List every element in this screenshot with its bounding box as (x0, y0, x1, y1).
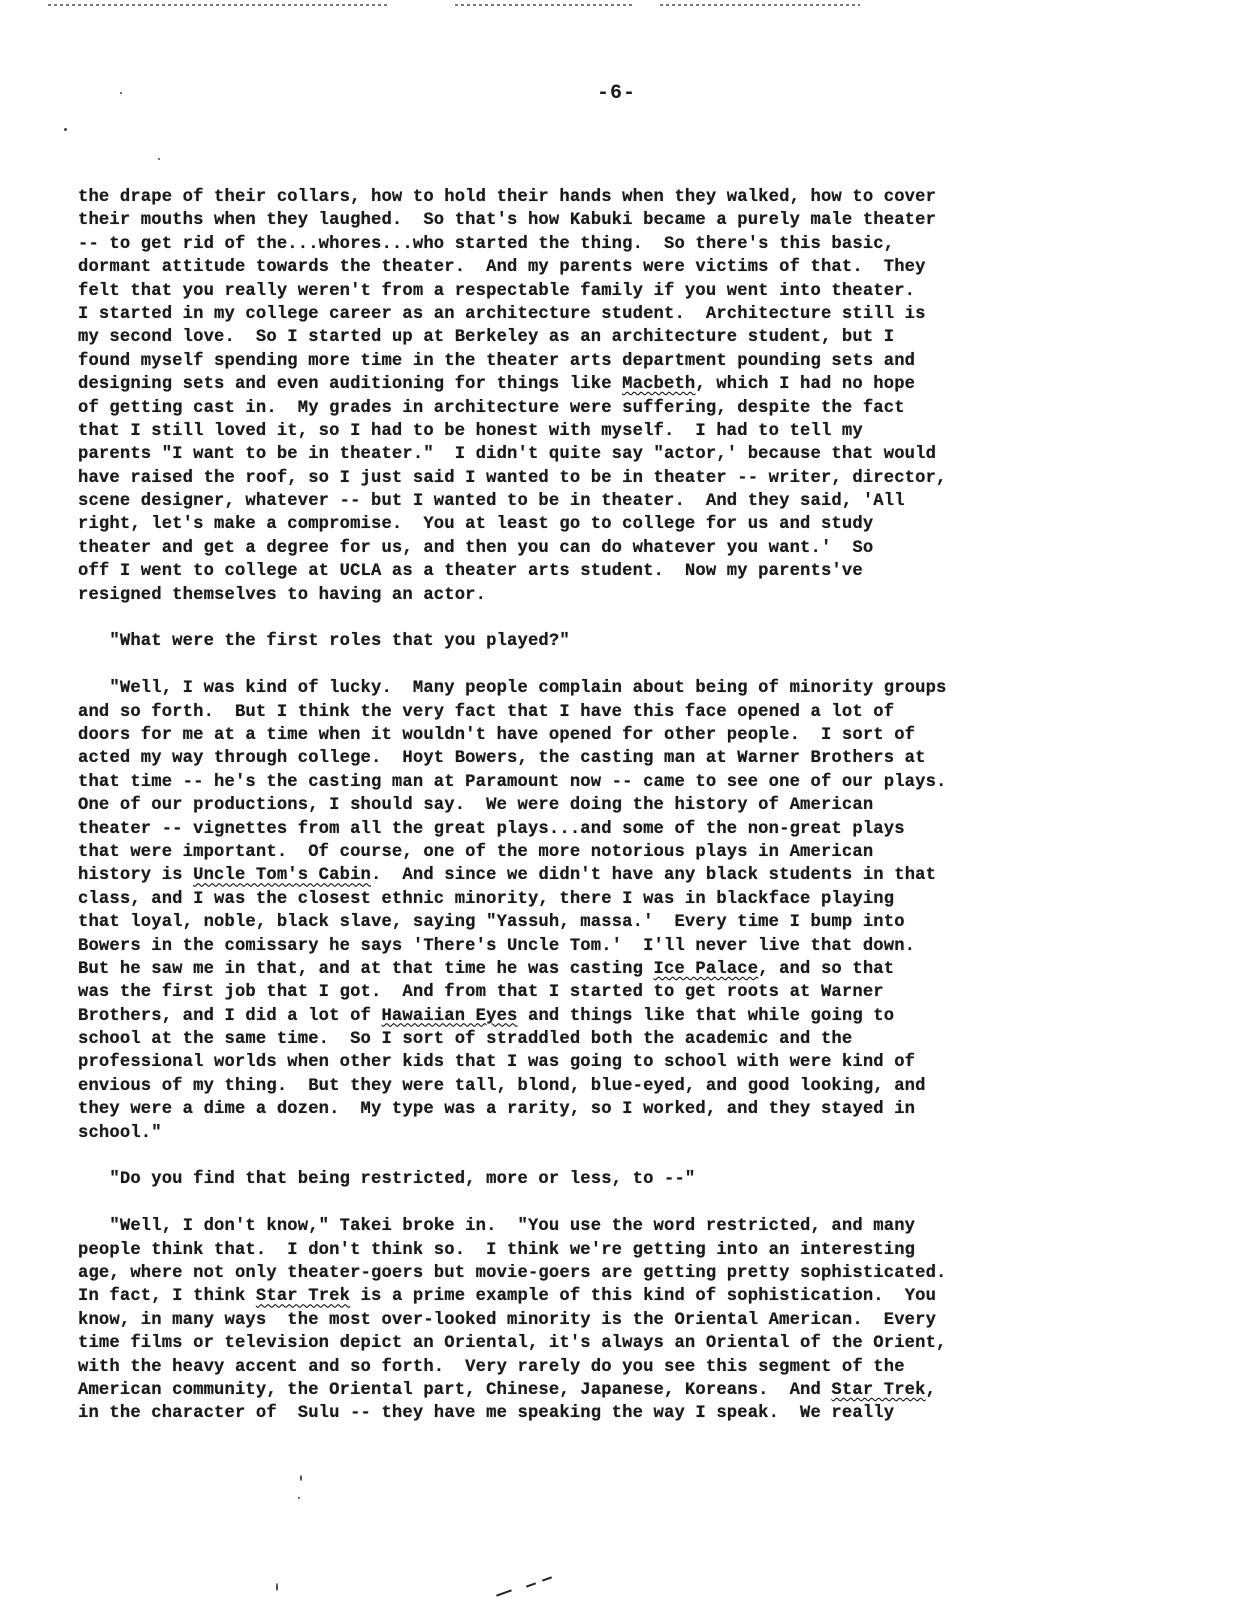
text-line: I started in my college career as an arc… (78, 303, 1068, 326)
paragraph-gap (78, 607, 1068, 630)
text-line: the drape of their collars, how to hold … (78, 186, 1068, 209)
text-line: "Do you find that being restricted, more… (78, 1168, 1068, 1191)
text-line: In fact, I think Star Trek is a prime ex… (78, 1285, 1068, 1308)
scan-speck (64, 128, 67, 131)
text-line: found myself spending more time in the t… (78, 350, 1068, 373)
text-line: people think that. I don't think so. I t… (78, 1239, 1068, 1262)
page-number: -6- (0, 82, 1233, 105)
text-line: envious of my thing. But they were tall,… (78, 1075, 1068, 1098)
scan-speck (158, 158, 160, 160)
paragraph-gap (78, 1145, 1068, 1168)
text-line: in the character of Sulu -- they have me… (78, 1402, 1068, 1425)
text-line: my second love. So I started up at Berke… (78, 326, 1068, 349)
scan-speck (298, 1497, 300, 1499)
scan-artifact-bottom (526, 1582, 536, 1587)
text-line: school." (78, 1122, 1068, 1145)
scan-speck (276, 1583, 278, 1591)
text-line: have raised the roof, so I just said I w… (78, 467, 1068, 490)
text-line: that loyal, noble, black slave, saying "… (78, 911, 1068, 934)
underlined-title: Ice Palace (654, 960, 759, 979)
underlined-title: Hawaiian Eyes (381, 1007, 517, 1026)
underlined-title: Macbeth (622, 375, 695, 394)
text-line: "Well, I was kind of lucky. Many people … (78, 677, 1068, 700)
text-line: that time -- he's the casting man at Par… (78, 771, 1068, 794)
text-line: know, in many ways the most over-looked … (78, 1309, 1068, 1332)
paragraph-4-question: "Do you find that being restricted, more… (78, 1168, 1068, 1191)
paragraph-gap (78, 1192, 1068, 1215)
text-line: that I still loved it, so I had to be ho… (78, 420, 1068, 443)
text-line: theater and get a degree for us, and the… (78, 537, 1068, 560)
scan-artifact-bottom (496, 1589, 512, 1596)
text-line: was the first job that I got. And from t… (78, 981, 1068, 1004)
text-line: designing sets and even auditioning for … (78, 373, 1068, 396)
scan-artifact-top-left (48, 4, 388, 6)
text-line: doors for me at a time when it wouldn't … (78, 724, 1068, 747)
text-line: right, let's make a compromise. You at l… (78, 513, 1068, 536)
scan-artifact-top-mid (455, 4, 635, 6)
underlined-title: Star Trek (831, 1381, 925, 1400)
scan-artifact-bottom (542, 1576, 552, 1581)
text-line: and so forth. But I think the very fact … (78, 701, 1068, 724)
text-line: they were a dime a dozen. My type was a … (78, 1098, 1068, 1121)
text-line: theater -- vignettes from all the great … (78, 818, 1068, 841)
text-line: of getting cast in. My grades in archite… (78, 397, 1068, 420)
text-line: One of our productions, I should say. We… (78, 794, 1068, 817)
paragraph-gap (78, 654, 1068, 677)
scan-artifact-top-right (660, 4, 860, 6)
text-line: off I went to college at UCLA as a theat… (78, 560, 1068, 583)
text-line: dormant attitude towards the theater. An… (78, 256, 1068, 279)
text-line: But he saw me in that, and at that time … (78, 958, 1068, 981)
scan-speck (120, 92, 122, 94)
text-line: -- to get rid of the...whores...who star… (78, 233, 1068, 256)
text-line: scene designer, whatever -- but I wanted… (78, 490, 1068, 513)
text-line: Bowers in the comissary he says 'There's… (78, 935, 1068, 958)
text-line: "What were the first roles that you play… (78, 630, 1068, 653)
document-body: the drape of their collars, how to hold … (78, 186, 1068, 1426)
paragraph-3: "Well, I was kind of lucky. Many people … (78, 677, 1068, 1145)
underlined-title: Uncle Tom's Cabin (193, 866, 371, 885)
text-line: history is Uncle Tom's Cabin. And since … (78, 864, 1068, 887)
text-line: time films or television depict an Orien… (78, 1332, 1068, 1355)
scan-speck (300, 1475, 302, 1481)
text-line: class, and I was the closest ethnic mino… (78, 888, 1068, 911)
text-line: professional worlds when other kids that… (78, 1051, 1068, 1074)
text-line: "Well, I don't know," Takei broke in. "Y… (78, 1215, 1068, 1238)
text-line: their mouths when they laughed. So that'… (78, 209, 1068, 232)
text-line: acted my way through college. Hoyt Bower… (78, 747, 1068, 770)
paragraph-5: "Well, I don't know," Takei broke in. "Y… (78, 1215, 1068, 1426)
text-line: that were important. Of course, one of t… (78, 841, 1068, 864)
paragraph-2-question: "What were the first roles that you play… (78, 630, 1068, 653)
text-line: with the heavy accent and so forth. Very… (78, 1356, 1068, 1379)
underlined-title: Star Trek (256, 1287, 350, 1306)
text-line: resigned themselves to having an actor. (78, 584, 1068, 607)
text-line: Brothers, and I did a lot of Hawaiian Ey… (78, 1005, 1068, 1028)
text-line: American community, the Oriental part, C… (78, 1379, 1068, 1402)
text-line: parents "I want to be in theater." I did… (78, 443, 1068, 466)
paragraph-1: the drape of their collars, how to hold … (78, 186, 1068, 607)
text-line: age, where not only theater-goers but mo… (78, 1262, 1068, 1285)
text-line: felt that you really weren't from a resp… (78, 280, 1068, 303)
text-line: school at the same time. So I sort of st… (78, 1028, 1068, 1051)
